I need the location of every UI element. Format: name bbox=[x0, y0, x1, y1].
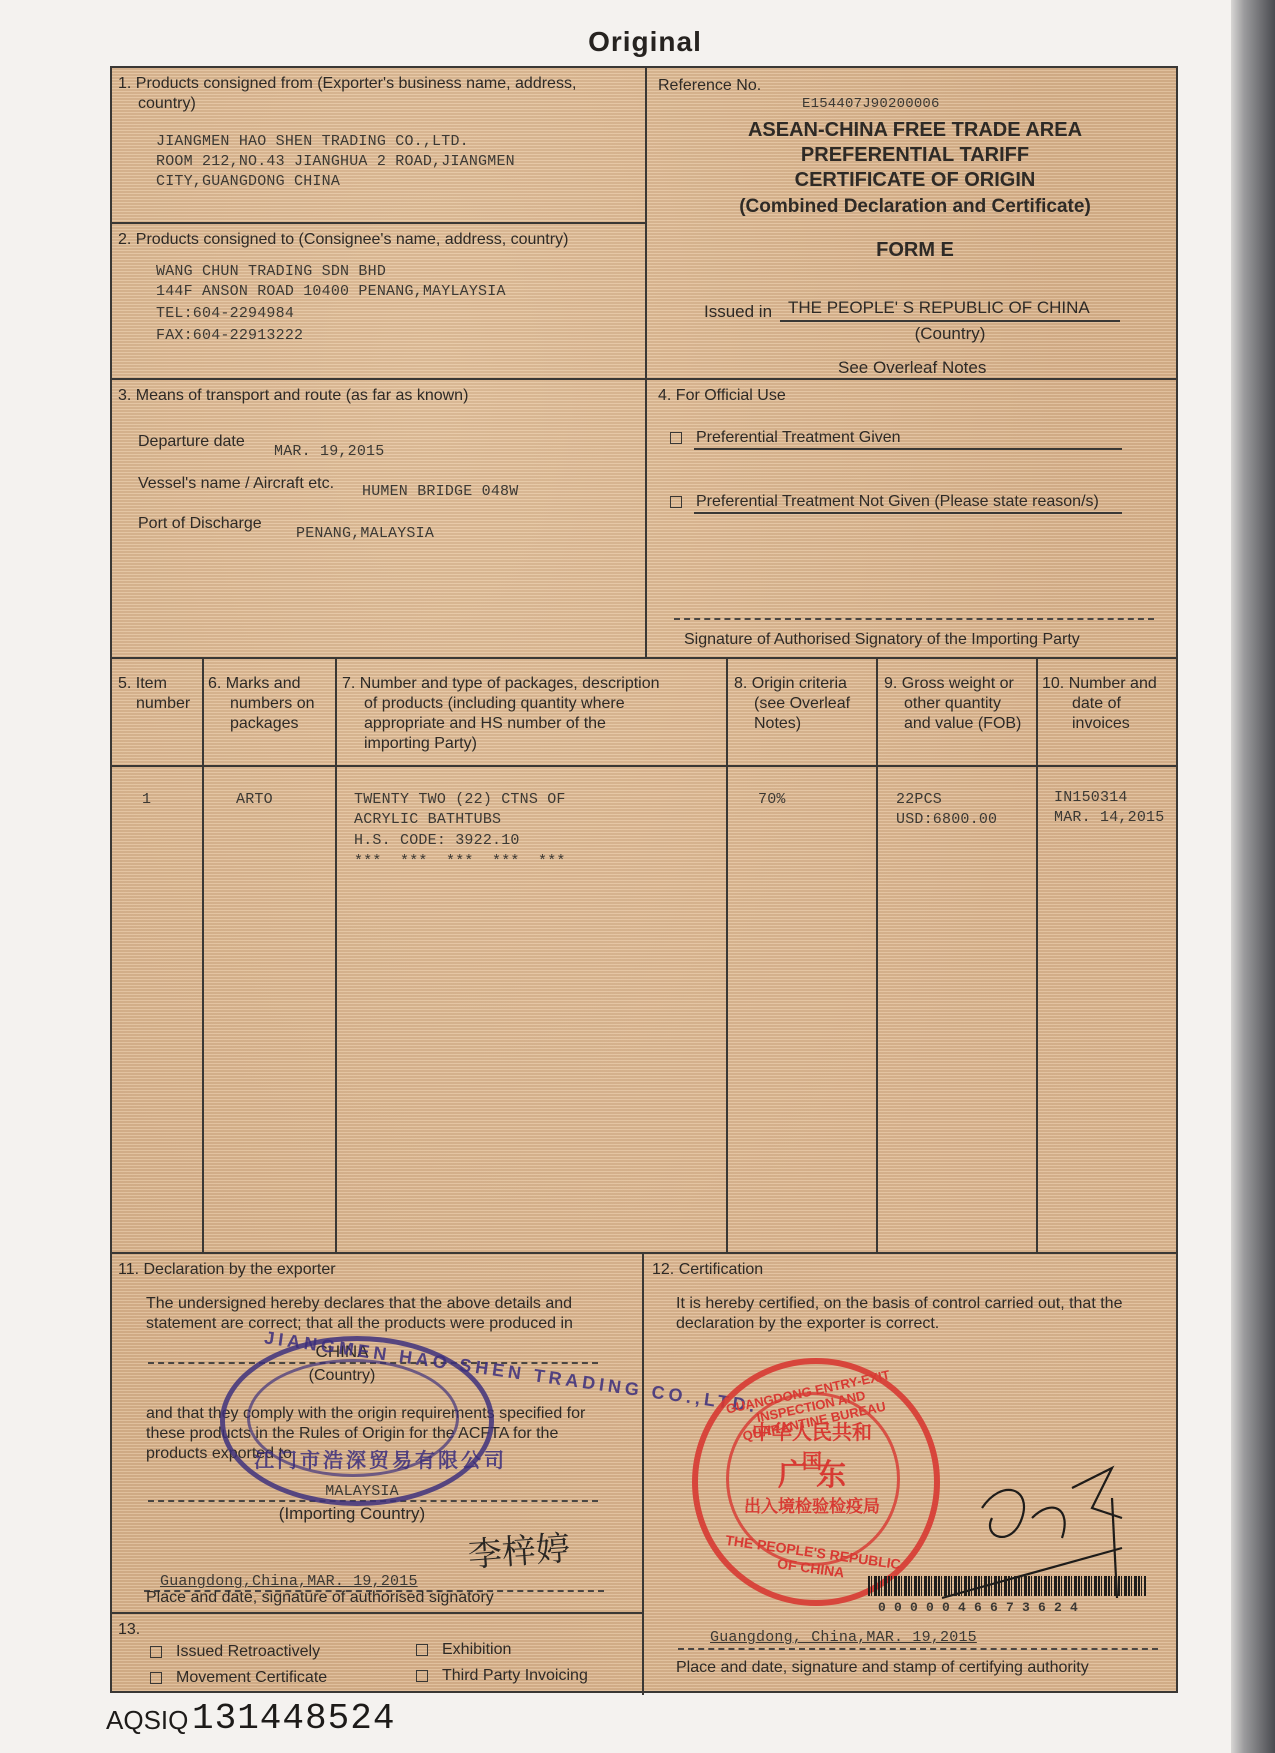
box11-label: 11. Declaration by the exporter bbox=[118, 1260, 336, 1280]
divider bbox=[112, 378, 1178, 380]
issued-retroactively-label: Issued Retroactively bbox=[176, 1642, 320, 1662]
divider bbox=[112, 765, 1178, 767]
box13-label: 13. bbox=[118, 1620, 140, 1640]
departure-label: Departure date bbox=[138, 432, 245, 452]
aqsiq-number: 131448524 bbox=[192, 1698, 395, 1739]
invoice-number: IN150314 bbox=[1054, 788, 1128, 808]
item-number: 1 bbox=[142, 790, 151, 810]
marks: ARTO bbox=[236, 790, 273, 810]
stamp-inner-mid: 广 东 bbox=[752, 1450, 872, 1494]
stamp-inner-bottom: 出入境检验检疫局 bbox=[742, 1492, 882, 1517]
divider bbox=[112, 222, 647, 224]
col-item-number: 5. Itemnumber bbox=[118, 674, 190, 714]
certification-text: declaration by the exporter is correct. bbox=[676, 1314, 939, 1334]
cert-title-3: CERTIFICATE OF ORIGIN bbox=[652, 168, 1178, 193]
box4-label: 4. For Official Use bbox=[658, 386, 786, 406]
vessel-label: Vessel's name / Aircraft etc. bbox=[138, 474, 334, 494]
certifier-place-caption: Place and date, signature and stamp of c… bbox=[676, 1658, 1089, 1678]
cert-title-2: PREFERENTIAL TARIFF bbox=[652, 143, 1178, 168]
box2-label: 2. Products consigned to (Consignee's na… bbox=[118, 230, 568, 250]
divider bbox=[112, 657, 1178, 659]
checkbox-preferential-given[interactable] bbox=[670, 432, 682, 444]
divider bbox=[1036, 657, 1038, 1253]
col-origin-criteria: 8. Origin criteria(see OverleafNotes) bbox=[734, 674, 850, 734]
underline bbox=[694, 512, 1122, 514]
checkbox-exhibition[interactable] bbox=[416, 1644, 428, 1656]
box1-label-cont: country) bbox=[138, 94, 196, 114]
issued-in-value: THE PEOPLE' S REPUBLIC OF CHINA bbox=[788, 298, 1090, 318]
scan-edge bbox=[1231, 0, 1275, 1753]
movement-certificate-label: Movement Certificate bbox=[176, 1668, 327, 1688]
preferential-not-given-label: Preferential Treatment Not Given (Please… bbox=[696, 492, 1099, 512]
origin-criteria: 70% bbox=[758, 790, 786, 810]
checkbox-movement-certificate[interactable] bbox=[150, 1672, 162, 1684]
divider bbox=[726, 657, 728, 1253]
stamp-text-inner: 江门市浩深贸易有限公司 bbox=[254, 1444, 507, 1473]
consignee-name: WANG CHUN TRADING SDN BHD bbox=[156, 262, 386, 282]
consignee-fax: FAX:604-22913222 bbox=[156, 326, 303, 346]
exporter-signature: 李梓婷 bbox=[467, 1538, 570, 1565]
reference-number: E154407J90200006 bbox=[802, 94, 940, 114]
description-terminator: *** *** *** *** *** bbox=[354, 852, 566, 872]
divider bbox=[202, 657, 204, 1253]
document-title: Original bbox=[0, 26, 1275, 58]
certification-text: It is hereby certified, on the basis of … bbox=[676, 1294, 1122, 1314]
hs-code: H.S. CODE: 3922.10 bbox=[354, 831, 520, 851]
exporter-name: JIANGMEN HAO SHEN TRADING CO.,LTD. bbox=[156, 132, 469, 152]
col-marks: 6. Marks andnumbers onpackages bbox=[208, 674, 315, 734]
country-caption: (Country) bbox=[780, 324, 1120, 344]
quantity: 22PCS bbox=[896, 790, 942, 810]
divider bbox=[642, 1252, 644, 1695]
description-line: TWENTY TWO (22) CTNS OF bbox=[354, 790, 566, 810]
divider bbox=[112, 1612, 644, 1614]
exporter-address-city: CITY,GUANGDONG CHINA bbox=[156, 172, 340, 192]
consignee-tel: TEL:604-2294984 bbox=[156, 304, 294, 324]
port-of-discharge: PENANG,MALAYSIA bbox=[296, 524, 434, 544]
checkbox-preferential-not-given[interactable] bbox=[670, 496, 682, 508]
importer-signature-caption: Signature of Authorised Signatory of the… bbox=[684, 630, 1080, 650]
issued-in-label: Issued in bbox=[704, 302, 772, 322]
divider bbox=[876, 657, 878, 1253]
certificate-form: 1. Products consigned from (Exporter's b… bbox=[110, 66, 1178, 1693]
col-invoice: 10. Number anddate ofinvoices bbox=[1042, 674, 1157, 734]
box1-label: 1. Products consigned from (Exporter's b… bbox=[118, 74, 576, 94]
departure-date: MAR. 19,2015 bbox=[274, 442, 384, 462]
col-description: 7. Number and type of packages, descript… bbox=[342, 674, 660, 754]
exporter-address: ROOM 212,NO.43 JIANGHUA 2 ROAD,JIANGMEN bbox=[156, 152, 515, 172]
declaration-text: statement are correct; that all the prod… bbox=[146, 1314, 573, 1334]
vessel-name: HUMEN BRIDGE 048W bbox=[362, 482, 518, 502]
checkbox-issued-retroactively[interactable] bbox=[150, 1646, 162, 1658]
invoice-date: MAR. 14,2015 bbox=[1054, 808, 1164, 828]
divider bbox=[335, 657, 337, 1253]
form-name: FORM E bbox=[652, 238, 1178, 262]
box3-label: 3. Means of transport and route (as far … bbox=[118, 386, 468, 406]
cert-title-4: (Combined Declaration and Certificate) bbox=[652, 194, 1178, 219]
consignee-address: 144F ANSON ROAD 10400 PENANG,MAYLAYSIA bbox=[156, 282, 506, 302]
barcode bbox=[868, 1576, 1146, 1596]
checkbox-third-party-invoicing[interactable] bbox=[416, 1670, 428, 1682]
certifier-date-line bbox=[678, 1648, 1158, 1650]
divider bbox=[112, 1252, 1178, 1254]
aqsiq-label: AQSIQ bbox=[106, 1705, 188, 1736]
overleaf-notes: See Overleaf Notes bbox=[838, 358, 986, 378]
exporter-place-caption: Place and date, signature of authorised … bbox=[146, 1588, 494, 1608]
third-party-invoicing-label: Third Party Invoicing bbox=[442, 1666, 588, 1686]
description-line: ACRYLIC BATHTUBS bbox=[354, 810, 501, 830]
signature-line bbox=[674, 618, 1154, 620]
box12-label: 12. Certification bbox=[652, 1260, 763, 1280]
importing-caption: (Importing Country) bbox=[232, 1504, 472, 1524]
underline bbox=[694, 448, 1122, 450]
preferential-given-label: Preferential Treatment Given bbox=[696, 428, 901, 448]
exhibition-label: Exhibition bbox=[442, 1640, 511, 1660]
col-gross-weight: 9. Gross weight orother quantityand valu… bbox=[884, 674, 1021, 734]
cert-title-1: ASEAN-CHINA FREE TRADE AREA bbox=[652, 118, 1178, 143]
declaration-text: The undersigned hereby declares that the… bbox=[146, 1294, 572, 1314]
reference-label: Reference No. bbox=[658, 76, 761, 96]
fob-value: USD:6800.00 bbox=[896, 810, 997, 830]
underline bbox=[780, 320, 1120, 322]
barcode-number: 0 0 0 0 0 4 6 6 7 3 6 2 4 bbox=[878, 1598, 1078, 1618]
certifier-place-date: Guangdong, China,MAR. 19,2015 bbox=[710, 1628, 977, 1648]
divider bbox=[645, 68, 647, 658]
port-label: Port of Discharge bbox=[138, 514, 262, 534]
